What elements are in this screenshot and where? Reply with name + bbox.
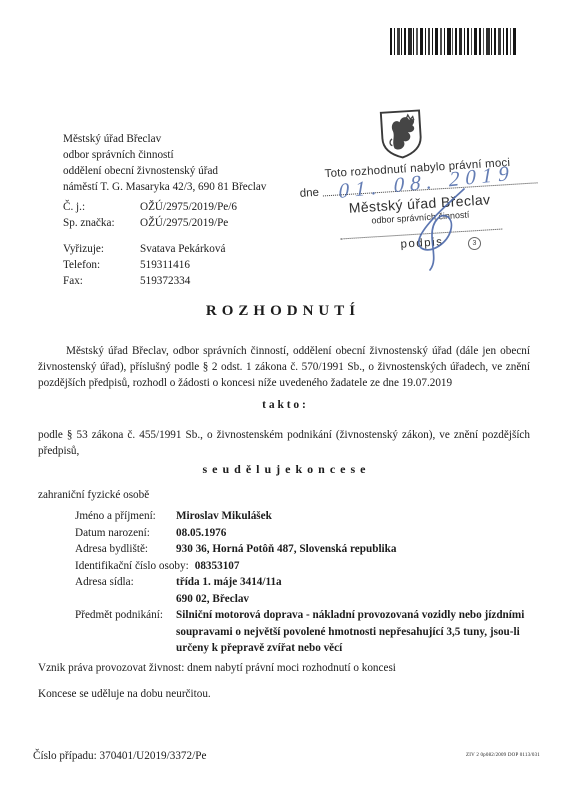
decision-document-page: Městský úřad Břeclavodbor správních činn… [0,0,566,800]
field-value: 08353107 [195,558,530,575]
contact-value: Svatava Pekárková [140,241,225,257]
sender-block: Městský úřad Břeclavodbor správních činn… [63,131,266,289]
contact-label: Fax: [63,273,140,289]
case-number: Číslo případu: 370401/U2019/3372/Pe [33,750,206,762]
sender-address-line: odbor správních činností [63,147,266,163]
origin-line: Vznik práva provozovat živnost: dnem nab… [38,660,530,676]
reference-label: Sp. značka: [63,215,140,231]
field-row: Datum narození: 08.05.1976 [75,525,530,542]
field-row: Adresa sídla: třída 1. máje 3414/11a 690… [75,574,530,607]
field-value: Silniční motorová doprava - nákladní pro… [176,607,530,657]
field-value: Miroslav Mikulášek [176,508,530,525]
licence-fields: Jméno a příjmení: Miroslav Mikulášek Dat… [75,508,530,657]
handwritten-signature [408,186,480,272]
field-row: Jméno a příjmení: Miroslav Mikulášek [75,508,530,525]
form-code: ZIV 2 0p082/2009 DOP 0113/031 [466,753,540,758]
subject-line: zahraniční fyzické osobě [38,487,530,503]
field-value: 08.05.1976 [176,525,530,542]
duration-line: Koncese se uděluje na dobu neurčitou. [38,686,530,702]
contact-row: Vyřizuje: Svatava Pekárková [63,241,266,257]
field-row: Adresa bydliště: 930 36, Horná Potôň 487… [75,541,530,558]
contact-label: Vyřizuje: [63,241,140,257]
sender-address-line: Městský úřad Břeclav [63,131,266,147]
document-title: ROZHODNUTÍ [0,303,566,320]
stamp-circled-number: 3 [468,237,481,250]
field-label: Identifikační číslo osoby: [75,558,195,575]
field-label: Adresa sídla: [75,574,176,591]
barcode-image [390,28,518,55]
takto-line: t a k t o : [38,397,530,413]
contact-row: Fax: 519372334 [63,273,266,289]
field-row: Identifikační číslo osoby: 08353107 [75,558,530,575]
field-label: Adresa bydliště: [75,541,176,558]
legal-basis-paragraph: podle § 53 zákona č. 455/1991 Sb., o živ… [38,427,530,459]
grant-line: s e u d ě l u j e k o n c e s e [38,461,530,477]
reference-row: Č. j.: OŽÚ/2975/2019/Pe/6 [63,199,266,215]
stamp-date-prefix: dne [299,187,319,200]
field-label: Jméno a příjmení: [75,508,176,525]
reference-row: Sp. značka: OŽÚ/2975/2019/Pe [63,215,266,231]
field-label: Datum narození: [75,525,176,542]
reference-value: OŽÚ/2975/2019/Pe/6 [140,199,237,215]
field-row: Předmět podnikání: Silniční motorová dop… [75,607,530,657]
reference-label: Č. j.: [63,199,140,215]
contact-row: Telefon: 519311416 [63,257,266,273]
field-value: třída 1. máje 3414/11a 690 02, Břeclav [176,574,530,607]
reference-value: OŽÚ/2975/2019/Pe [140,215,228,231]
contact-value: 519311416 [140,257,190,273]
contact-label: Telefon: [63,257,140,273]
field-value: 930 36, Horná Potôň 487, Slovenská repub… [176,541,530,558]
intro-paragraph: Městský úřad Břeclav, odbor správních či… [38,343,530,391]
czech-lion-shield-icon [378,108,425,161]
sender-address-line: náměstí T. G. Masaryka 42/3, 690 81 Břec… [63,179,266,195]
field-label: Předmět podnikání: [75,607,176,624]
contact-value: 519372334 [140,273,190,289]
sender-address-line: oddělení obecní živnostenský úřad [63,163,266,179]
